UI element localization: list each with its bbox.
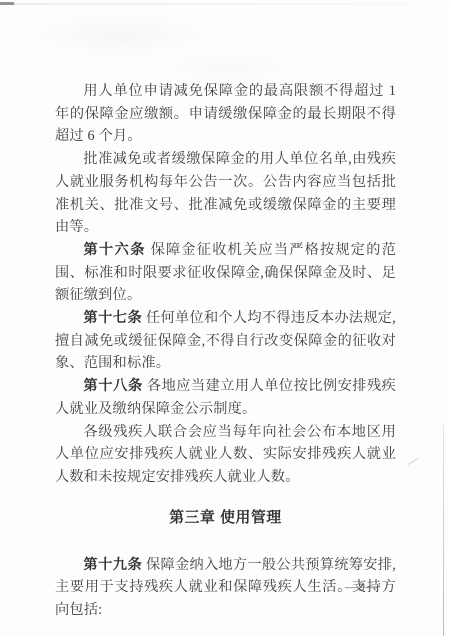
paragraph: 第十七条 任何单位和个人均不得违反本办法规定,擅自减免或缓征保障金,不得自行改变…: [55, 307, 396, 375]
article-number: 第十六条: [83, 242, 145, 258]
paragraph-group-before-heading: 用人单位申请减免保障金的最高限额不得超过 1 年的保障金应缴额。申请缓缴保障金的…: [55, 80, 396, 489]
paragraph: 第十八条 各地应当建立用人单位按比例安排残疾人就业及缴纳保障金公示制度。: [55, 375, 396, 420]
paragraph: 用人单位申请减免保障金的最高限额不得超过 1 年的保障金应缴额。申请缓缴保障金的…: [55, 80, 396, 148]
scan-artifact-top-edge: [0, 3, 450, 5]
article-number: 第十九条: [83, 557, 142, 573]
scanned-document-page: 用人单位申请减免保障金的最高限额不得超过 1 年的保障金应缴额。申请缓缴保障金的…: [0, 0, 450, 636]
article-number: 第十七条: [83, 310, 142, 326]
scan-artifact-scratch: [408, 458, 419, 465]
scan-artifact-top-left-mark: [0, 2, 14, 5]
article-number: 第十八条: [83, 378, 142, 394]
paragraph: 批准减免或者缓缴保障金的用人单位名单,由残疾人就业服务机构每年公告一次。公告内容…: [55, 148, 396, 239]
document-body: 用人单位申请减免保障金的最高限额不得超过 1 年的保障金应缴额。申请缓缴保障金的…: [55, 80, 396, 622]
paragraph: 第十六条 保障金征收机关应当严格按规定的范围、标准和时限要求征收保障金,确保保障…: [55, 239, 396, 307]
page-number: —9—: [345, 580, 379, 594]
scan-artifact-right-crease: [443, 425, 444, 636]
chapter-heading: 第三章 使用管理: [55, 510, 396, 527]
paragraph: 各级残疾人联合会应当每年向社会公布本地区用人单位应安排残疾人就业人数、实际安排残…: [55, 421, 396, 489]
